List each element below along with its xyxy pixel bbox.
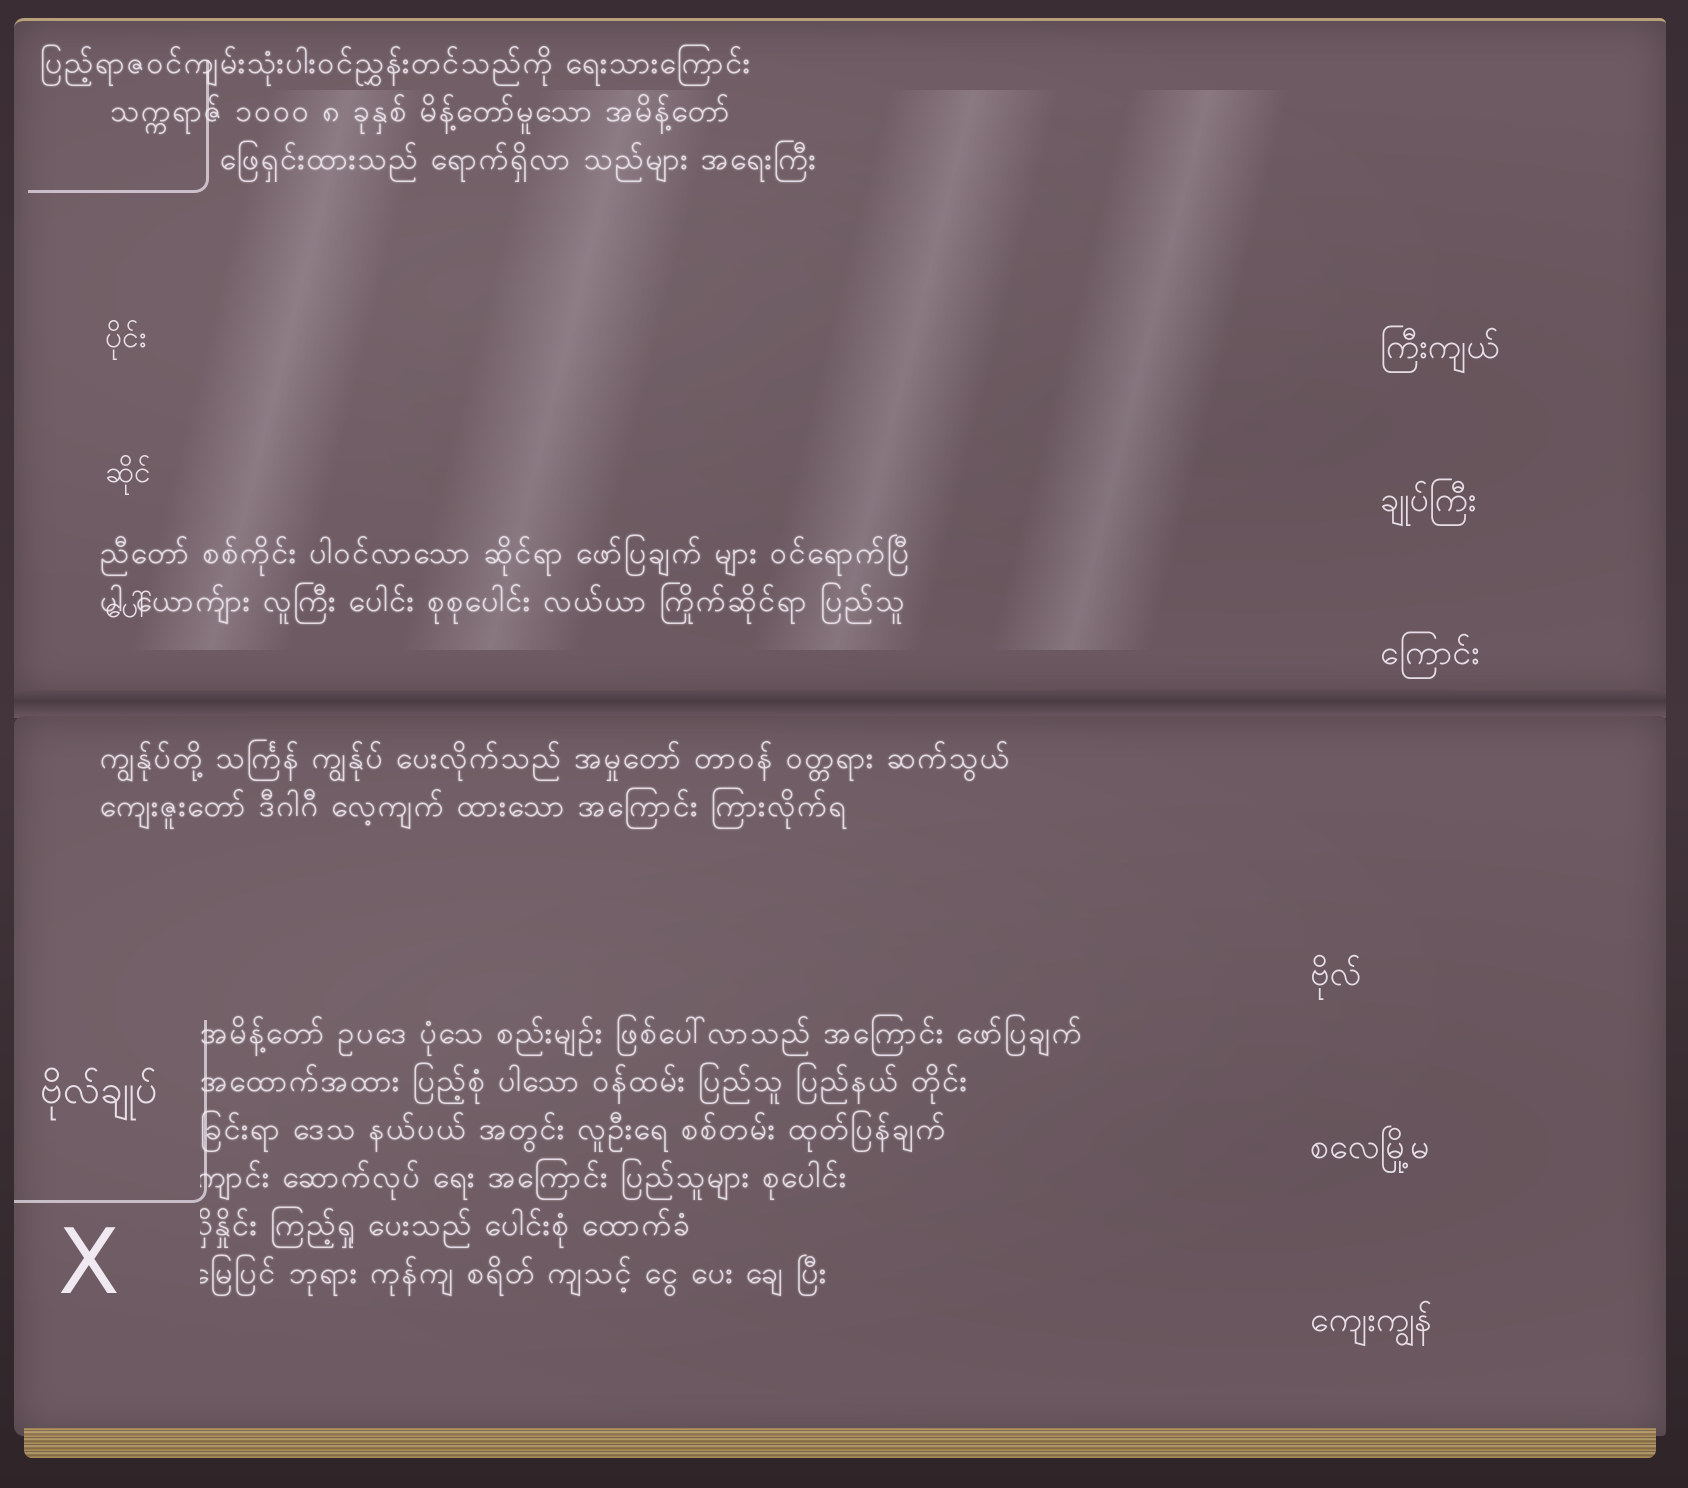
manuscript-line: ညီတော် စစ်ကိုင်း ပါဝင်လာသော ဆိုင်ရာ ဖော်… bbox=[100, 530, 1580, 578]
manuscript-line: မိုးရေ ညှိနှိုင်း ကြည့်ရှု ပေးသည် ပေါင်း… bbox=[200, 1202, 1660, 1250]
column-entry: ကြီးကျယ် bbox=[1380, 322, 1502, 373]
column-entry: ကြောင်း bbox=[1380, 628, 1502, 679]
lower-bottom-text: အမိန့်တော် ဥပဒေ ပုံသေ စည်းမျဉ်း ဖြစ်ပေါ်… bbox=[200, 1010, 1660, 1298]
signature-line: ကျေးကျွန် bbox=[1310, 1292, 1432, 1350]
manuscript-line: အမိန့်တော် ဥပဒေ ပုံသေ စည်းမျဉ်း ဖြစ်ပေါ်… bbox=[200, 1010, 1660, 1058]
manuscript-line: ဖြေရှင်းထားသည် ရောက်ရှိလာ သည်များ အရေးကြ… bbox=[40, 136, 1620, 184]
manuscript-line: အထောက်အထား ပြည့်စုံ ပါသော ဝန်ထမ်း ပြည်သူ… bbox=[200, 1058, 1660, 1106]
manuscript-line: ဘုရားကျောင်း ဆောက်လုပ် ရေး အကြောင်း ပြည်… bbox=[200, 1154, 1660, 1202]
upper-bottom-text: ညီတော် စစ်ကိုင်း ပါဝင်လာသော ဆိုင်ရာ ဖော်… bbox=[100, 530, 1580, 626]
column-entry: ပိုင်း bbox=[105, 315, 156, 360]
cross-mark: X bbox=[58, 1210, 120, 1315]
manuscript-line: ပါ ယောက်ျား လူကြီး ပေါင်း စုစုပေါင်း လယ်… bbox=[100, 578, 1580, 626]
column-entry: ဆိုင် bbox=[105, 450, 156, 495]
manuscript-line: ဝေဖန် မြေပြင် ဘုရား ကုန်ကျ စရိတ် ကျသင့် … bbox=[200, 1250, 1660, 1298]
lower-heading-label: ဗိုလ်ချုပ် bbox=[40, 1060, 158, 1120]
manuscript-line: ကျွန်ုပ်တို့ သင်္ကြန် ကျွန်ုပ် ပေးလိုက်သ… bbox=[100, 735, 1660, 783]
manuscript-line: ကျေးဇူးတော် ဒီဂါဂီ လေ့ကျက် ထားသော အကြောင… bbox=[100, 783, 1660, 831]
upper-header: ပြည့်ရာဇဝင်ကျမ်းသုံးပါးဝင်ညွှန်းတင်သည်ကိ… bbox=[40, 40, 1620, 184]
manuscript-line: ခြင်းရာ ဒေသ နယ်ပယ် အတွင်း လူဦးရေ စစ်တမ်း… bbox=[200, 1106, 1660, 1154]
column-entry: ချုပ်ကြီး bbox=[1380, 475, 1502, 526]
lower-top-text: ကျွန်ုပ်တို့ သင်္ကြန် ကျွန်ုပ် ပေးလိုက်သ… bbox=[100, 735, 1660, 831]
signature-line: ဗိုလ် bbox=[1310, 946, 1432, 1004]
manuscript-line: ပြည့်ရာဇဝင်ကျမ်းသုံးပါးဝင်ညွှန်းတင်သည်ကိ… bbox=[40, 40, 1620, 88]
page-fold bbox=[14, 690, 1666, 718]
manuscript-line: သက္ကရာဇ် ၁၀၀၀ ၈ ခုနှစ် မိန့်တော်မူသော အမ… bbox=[40, 88, 1620, 136]
gilt-page-edge bbox=[24, 1428, 1656, 1458]
